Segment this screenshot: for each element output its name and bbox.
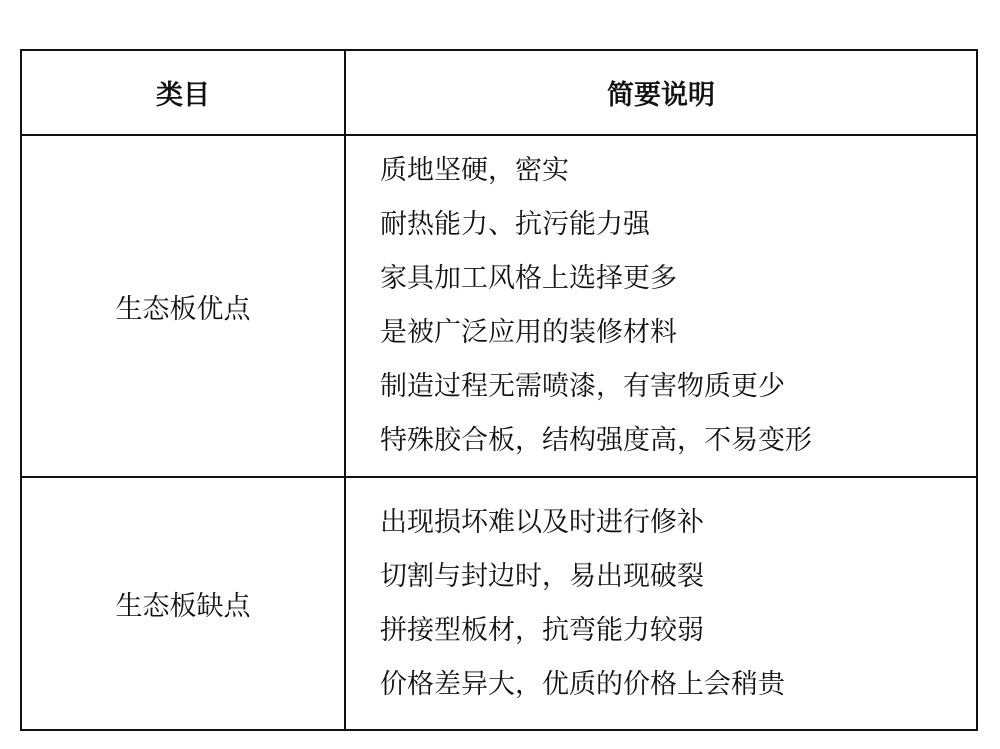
table-header-row: 类目 简要说明 xyxy=(22,51,976,136)
table-row-pros: 生态板优点 质地坚硬，密实 耐热能力、抗污能力强 家具加工风格上选择更多 是被广… xyxy=(22,136,976,478)
list-item: 价格差异大，优质的价格上会稍贵 xyxy=(380,658,785,712)
header-description: 简要说明 xyxy=(346,51,976,134)
row-description-cons: 出现损坏难以及时进行修补 切割与封边时，易出现破裂 拼接型板材，抗弯能力较弱 价… xyxy=(346,478,976,729)
list-item: 制造过程无需喷漆，有害物质更少 xyxy=(380,360,812,414)
list-item: 是被广泛应用的装修材料 xyxy=(380,306,812,360)
list-item: 质地坚硬，密实 xyxy=(380,144,812,198)
row-category-cons: 生态板缺点 xyxy=(22,478,344,729)
list-item: 耐热能力、抗污能力强 xyxy=(380,198,812,252)
row-category-pros: 生态板优点 xyxy=(22,136,344,476)
table-row-cons: 生态板缺点 出现损坏难以及时进行修补 切割与封边时，易出现破裂 拼接型板材，抗弯… xyxy=(22,478,976,729)
list-item: 切割与封边时，易出现破裂 xyxy=(380,550,785,604)
list-item: 拼接型板材，抗弯能力较弱 xyxy=(380,604,785,658)
comparison-table: 类目 简要说明 生态板优点 质地坚硬，密实 耐热能力、抗污能力强 家具加工风格上… xyxy=(20,49,978,731)
list-item: 家具加工风格上选择更多 xyxy=(380,252,812,306)
list-item: 特殊胶合板，结构强度高，不易变形 xyxy=(380,414,812,468)
list-item: 出现损坏难以及时进行修补 xyxy=(380,496,785,550)
row-description-pros: 质地坚硬，密实 耐热能力、抗污能力强 家具加工风格上选择更多 是被广泛应用的装修… xyxy=(346,136,976,476)
header-category: 类目 xyxy=(22,51,344,134)
